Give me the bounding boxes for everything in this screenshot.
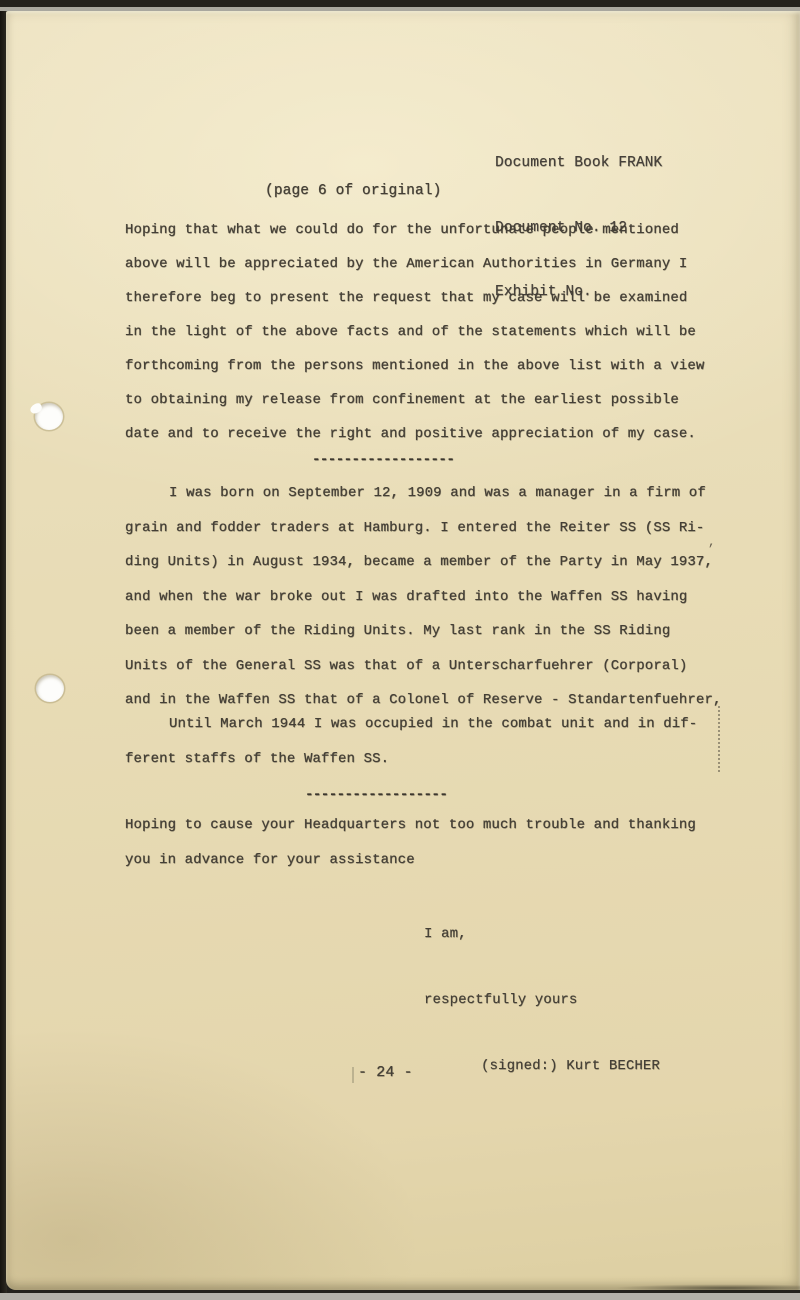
- text-line: Until March 1944 I was occupied in the c…: [125, 707, 697, 742]
- closing-line: I am,: [424, 923, 660, 945]
- stray-mark: [352, 1067, 354, 1083]
- page-number: - 24 -: [358, 1064, 413, 1081]
- stray-ink-mark: ’: [707, 542, 715, 557]
- closing-line: respectfully yours: [424, 989, 660, 1011]
- text-line: Hoping that what we could do for the unf…: [125, 213, 704, 247]
- pen-mark: [718, 706, 720, 772]
- text-line: you in advance for your assistance: [125, 843, 696, 878]
- text-line: Units of the General SS was that of a Un…: [125, 649, 722, 684]
- text-line: forthcoming from the persons mentioned i…: [125, 349, 704, 383]
- scan-edge-bottom: [0, 1293, 800, 1300]
- text-line: ding Units) in August 1934, became a mem…: [125, 545, 722, 580]
- text-line: I was born on September 12, 1909 and was…: [125, 476, 722, 511]
- text-line: and when the war broke out I was drafted…: [125, 580, 722, 615]
- text-line: date and to receive the right and positi…: [125, 417, 704, 451]
- text-line: in the light of the above facts and of t…: [125, 315, 704, 349]
- text-line: Hoping to cause your Headquarters not to…: [125, 808, 696, 843]
- paragraph-biography: I was born on September 12, 1909 and was…: [125, 476, 722, 718]
- header-line: Document Book FRANK: [495, 153, 662, 175]
- text-line: grain and fodder traders at Hamburg. I e…: [125, 511, 722, 546]
- page-reference: (page 6 of original): [265, 183, 441, 199]
- paragraph-service: Until March 1944 I was occupied in the c…: [125, 707, 697, 776]
- document-page: Document Book FRANK Document No. 12 Exhi…: [6, 11, 800, 1290]
- signature-line: (signed:) Kurt BECHER: [424, 1055, 660, 1077]
- paragraph-request: Hoping that what we could do for the unf…: [125, 213, 704, 451]
- punch-hole-bottom: [36, 675, 64, 702]
- text-line: been a member of the Riding Units. My la…: [125, 614, 722, 649]
- punch-hole-top: [35, 403, 63, 430]
- closing-block: I am, respectfully yours (signed:) Kurt …: [424, 879, 660, 1121]
- section-divider: ------------------: [312, 452, 454, 468]
- text-line: above will be appreciated by the America…: [125, 247, 704, 281]
- paragraph-thanks: Hoping to cause your Headquarters not to…: [125, 808, 696, 877]
- text-line: ferent staffs of the Waffen SS.: [125, 742, 697, 777]
- section-divider: ------------------: [305, 787, 447, 803]
- text-line: therefore beg to present the request tha…: [125, 281, 704, 315]
- text-line: to obtaining my release from confinement…: [125, 383, 704, 417]
